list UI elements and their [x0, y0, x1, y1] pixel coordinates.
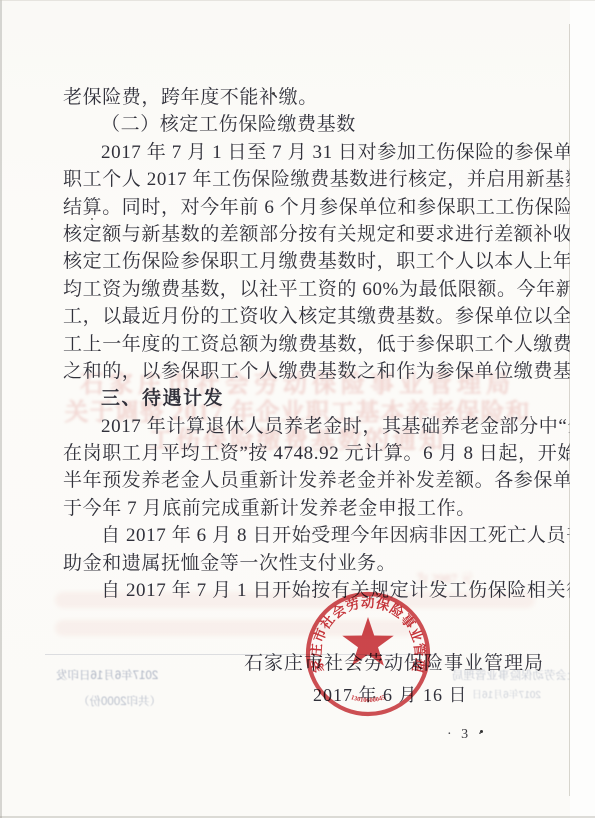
- text-line: 在岗职工月平均工资”按 4748.92 元计算。6 月 8 日起，开始对上: [63, 440, 539, 467]
- text-line: 工上一年度的工资总额为缴费基数，低于参保职工个人缴费基数: [63, 331, 539, 358]
- text-line: 半年预发养老金人员重新计发养老金并补发差额。各参保单位务: [63, 467, 539, 494]
- text-line: 于今年 7 月底前完成重新计发养老金申报工作。: [63, 495, 539, 522]
- official-seal: 石家庄市社会劳动保险事业管理局 13010600045: [303, 586, 433, 728]
- scan-artifact-dot: [91, 218, 93, 220]
- text-line: 核定工伤保险参保职工月缴费基数时，职工个人以本人上年月平: [63, 248, 539, 275]
- text-line: 均工资为缴费基数，以社平工资的 60%为最低限额。今年新参保职: [63, 276, 539, 303]
- text-line: 2017 年计算退休人员养老金时，其基础养老金部分中“全省: [63, 413, 539, 440]
- text-line: 助金和遗属抚恤金等一次性支付业务。: [63, 550, 539, 577]
- scan-edge: [0, 0, 595, 1]
- text-line: 老保险费，跨年度不能补缴。: [63, 84, 539, 111]
- text-line: 三、待遇计发: [63, 385, 539, 412]
- scan-edge: [569, 24, 570, 796]
- scanned-document-page: { "page": { "number_label": "· 3 ·" }, "…: [0, 0, 595, 818]
- text-line: （二）核定工伤保险缴费基数: [63, 111, 539, 138]
- text-line: 之和的，以参保职工个人缴费基数之和作为参保单位缴费基数。: [63, 358, 539, 385]
- scan-artifact-dot: [272, 92, 275, 95]
- scan-edge: [0, 0, 2, 818]
- text-line: 自 2017 年 7 月 1 日开始按有关规定计发工伤保险相关待遇。: [63, 577, 539, 604]
- document-body: 老保险费，跨年度不能补缴。（二）核定工伤保险缴费基数2017 年 7 月 1 日…: [63, 84, 539, 604]
- text-line: 工，以最近月份的工资收入核定其缴费基数。参保单位以全部职: [63, 303, 539, 330]
- seal-code: 13010600045: [350, 694, 387, 704]
- text-line: 2017 年 7 月 1 日至 7 月 31 日对参加工伤保险的参保单位及: [63, 139, 539, 166]
- text-line: 结算。同时，对今年前 6 个月参保单位和参保职工工伤保险申报: [63, 194, 539, 221]
- text-line: 职工个人 2017 年工伤保险缴费基数进行核定，并启用新基数进行: [63, 166, 539, 193]
- seal-star-icon: [342, 617, 393, 666]
- text-line: 自 2017 年 6 月 8 日开始受理今年因病非因工死亡人员丧葬补: [63, 522, 539, 549]
- scan-artifact-dot: [480, 730, 483, 733]
- scan-edge: [570, 0, 595, 818]
- text-line: 核定额与新基数的差额部分按有关规定和要求进行差额补收。在: [63, 221, 539, 248]
